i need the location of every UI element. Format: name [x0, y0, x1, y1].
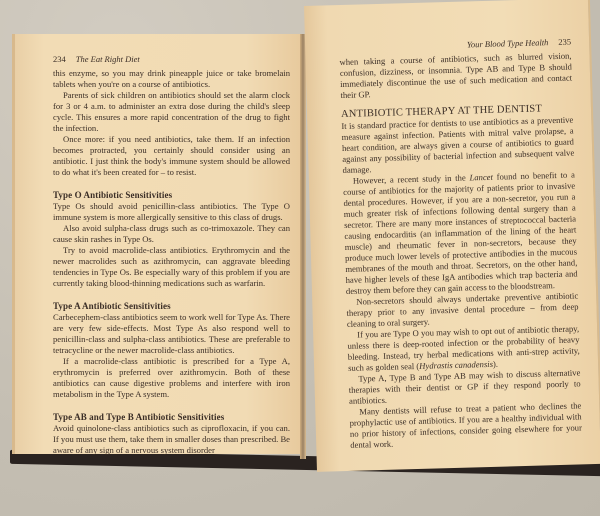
paragraph: Also avoid sulpha-class drugs such as co…	[53, 223, 290, 245]
paragraph: If a macrolide-class antibiotic is presc…	[53, 356, 290, 400]
paragraph: However, a recent study in the Lancet fo…	[343, 170, 578, 297]
left-running-title: The Eat Right Diet	[76, 54, 140, 64]
right-page: Your Blood Type Health 235 when taking a…	[304, 0, 600, 472]
paragraph: this enzyme, so you may drink pineapple …	[53, 68, 290, 90]
paragraph: Type Os should avoid penicillin-class an…	[53, 201, 290, 223]
left-running-head: 234 The Eat Right Diet	[53, 54, 290, 64]
right-running-title: Your Blood Type Health	[467, 37, 549, 49]
paragraph: Avoid quinolone-class antibiotics such a…	[53, 423, 290, 456]
section-heading: Type A Antibiotic Sensitivities	[53, 301, 290, 311]
section-heading: Type O Antibiotic Sensitivities	[53, 190, 290, 200]
left-page-number: 234	[53, 54, 66, 64]
left-page: 234 The Eat Right Diet this enzyme, so y…	[12, 34, 304, 454]
paragraph: Once more: if you need antibiotics, take…	[53, 134, 290, 178]
paragraph: It is standard practice for dentists to …	[341, 115, 574, 176]
paragraph: when taking a course of antibiotics, suc…	[339, 51, 572, 101]
paragraph: If you are Type O you may wish to opt ou…	[347, 323, 580, 373]
right-page-number: 235	[558, 37, 571, 47]
book-gutter	[300, 34, 306, 459]
right-page-body: when taking a course of antibiotics, suc…	[339, 51, 582, 451]
left-page-body: this enzyme, so you may drink pineapple …	[53, 68, 290, 456]
paragraph: Parents of sick children on antibiotics …	[53, 90, 290, 134]
section-heading: Type AB and Type B Antibiotic Sensitivit…	[53, 412, 290, 422]
paragraph: Carbecephem-class antibiotics seem to wo…	[53, 312, 290, 356]
paragraph: Try to avoid macrolide-class antibiotics…	[53, 245, 290, 289]
paragraph: Many dentists will refuse to treat a pat…	[349, 400, 582, 450]
